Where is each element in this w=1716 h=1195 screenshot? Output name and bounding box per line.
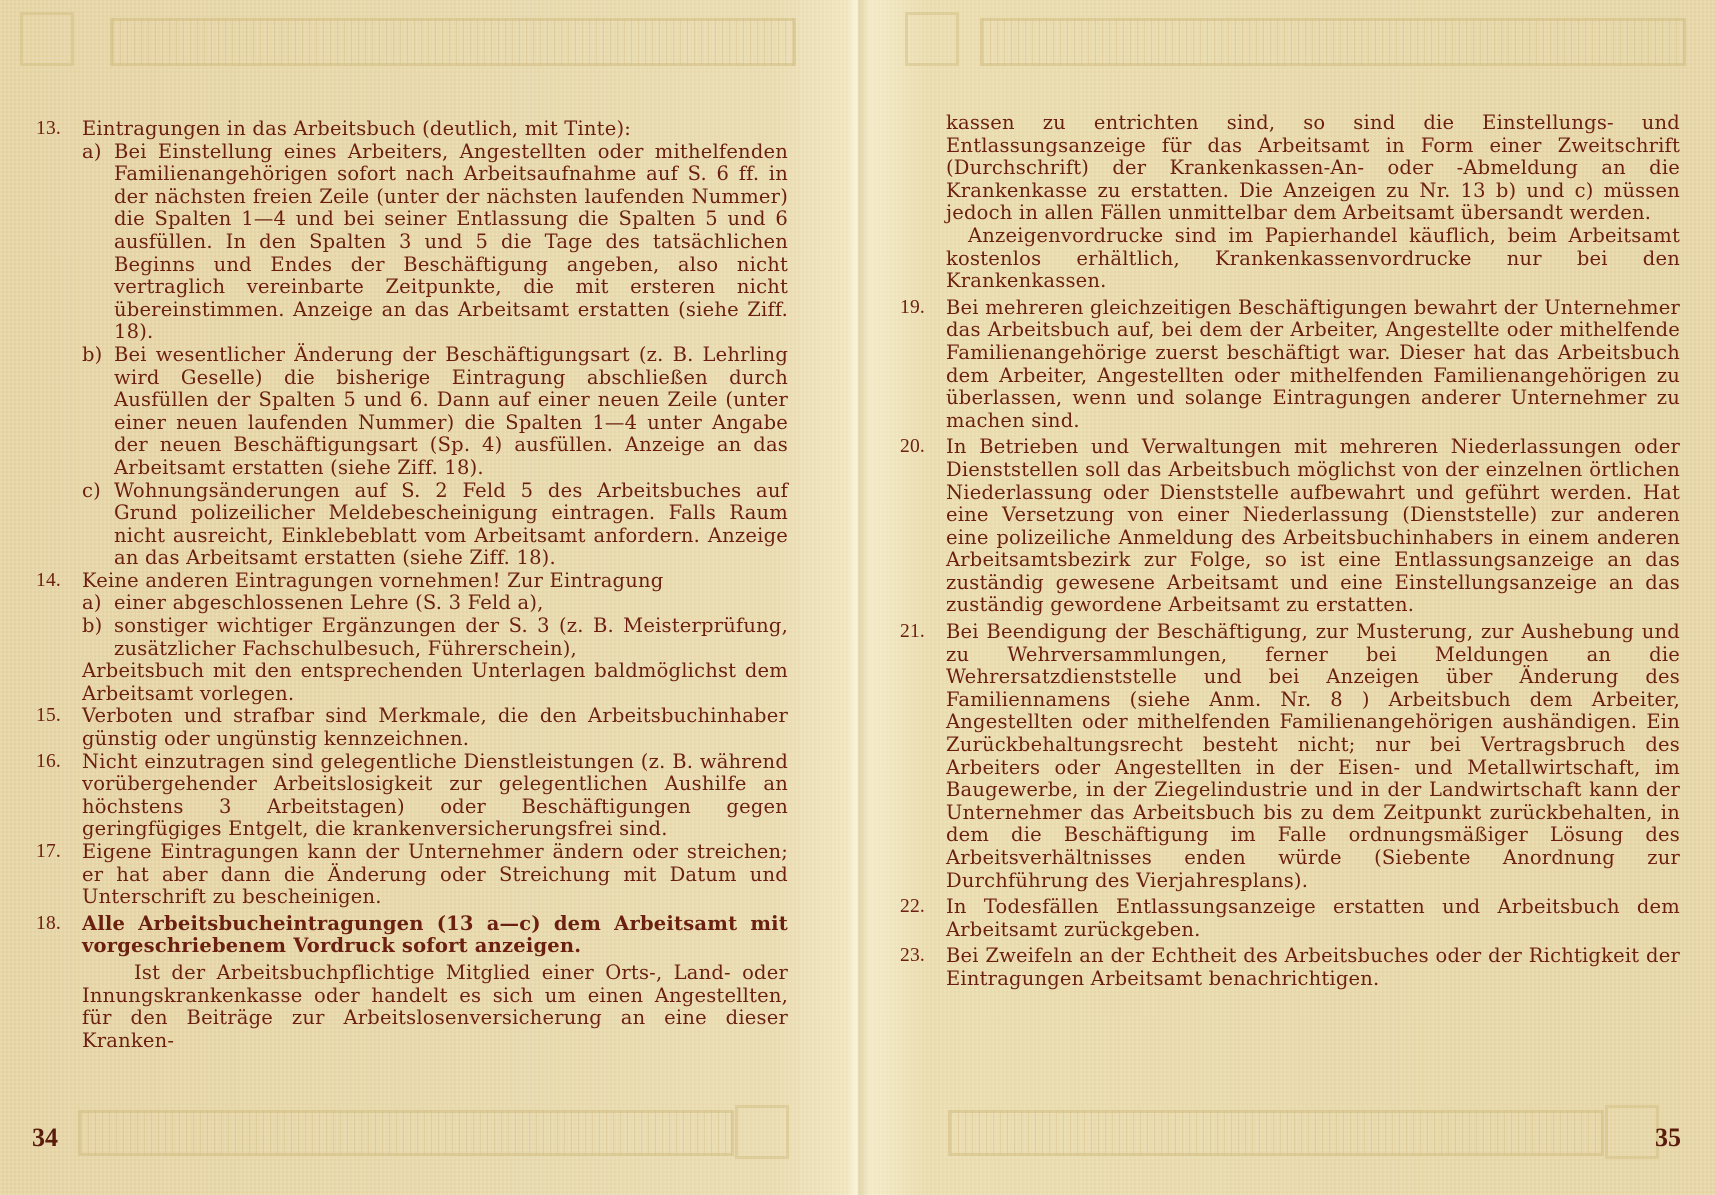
left-page-text: 13. Eintragungen in das Arbeitsbuch (deu… <box>36 118 788 1052</box>
item-text: Bei Zweifeln an der Echtheit des Arbeits… <box>946 945 1680 990</box>
item-17: 17. Eigene Eintragungen kann der Unterne… <box>36 841 788 909</box>
page-number-left: 34 <box>32 1123 58 1153</box>
item-number: 13. <box>36 118 82 570</box>
subitem-text: Wohnungsänderungen auf S. 2 Feld 5 des A… <box>114 480 788 570</box>
item-intro: Keine anderen Eintragungen vornehmen! Zu… <box>82 570 788 593</box>
page-number-right: 35 <box>1655 1123 1681 1153</box>
item-text: Bei Beendigung der Beschäftigung, zur Mu… <box>946 621 1680 892</box>
subitem-13b: b) Bei wesentlicher Änderung der Beschäf… <box>82 344 788 480</box>
item-22: 22. In Todesfällen Entlassungsanzeige er… <box>900 896 1680 941</box>
item-23: 23. Bei Zweifeln an der Echtheit des Arb… <box>900 945 1680 990</box>
item-number: 17. <box>36 841 82 909</box>
item-number: 23. <box>900 945 946 990</box>
item-20: 20. In Betrieben und Verwaltungen mit me… <box>900 436 1680 617</box>
item-text: Verboten und strafbar sind Merkmale, die… <box>82 705 788 750</box>
subitem-letter: b) <box>82 615 114 660</box>
item-text: Nicht einzutragen sind gelegentliche Die… <box>82 751 788 841</box>
item-16: 16. Nicht einzutragen sind gelegentliche… <box>36 751 788 841</box>
subitem-14b: b) sonstiger wichtiger Ergänzungen der S… <box>82 615 788 660</box>
item-number: 21. <box>900 621 946 892</box>
subitem-text: sonstiger wichtiger Ergänzungen der S. 3… <box>114 615 788 660</box>
item-14: 14. Keine anderen Eintragungen vornehmen… <box>36 570 788 706</box>
left-page: 13. Eintragungen in das Arbeitsbuch (deu… <box>0 0 856 1195</box>
item-number: 18. <box>36 913 82 958</box>
subitem-13c: c) Wohnungsänderungen auf S. 2 Feld 5 de… <box>82 480 788 570</box>
book-spread: 13. Eintragungen in das Arbeitsbuch (deu… <box>0 0 1716 1195</box>
item-text: Bei mehreren gleichzeitigen Beschäftigun… <box>946 297 1680 433</box>
item-number: 20. <box>900 436 946 617</box>
item-text: Eigene Eintragungen kann der Unternehmer… <box>82 841 788 909</box>
item-18-continuation: Ist der Arbeitsbuchpflichtige Mitglied e… <box>82 962 788 1052</box>
item-text: In Todesfällen Entlassungsanzeige erstat… <box>946 896 1680 941</box>
item-21: 21. Bei Beendigung der Beschäftigung, zu… <box>900 621 1680 892</box>
subitem-14a: a) einer abgeschlossenen Lehre (S. 3 Fel… <box>82 592 788 615</box>
item-19: 19. Bei mehreren gleichzeitigen Beschäft… <box>900 297 1680 433</box>
subitem-letter: b) <box>82 344 114 480</box>
item-13: 13. Eintragungen in das Arbeitsbuch (deu… <box>36 118 788 570</box>
right-page-text: kassen zu entrichten sind, so sind die E… <box>900 112 1680 991</box>
item-18-continuation-right: kassen zu entrichten sind, so sind die E… <box>946 112 1680 225</box>
item-number: 16. <box>36 751 82 841</box>
item-18-forms-note: Anzeigenvordrucke sind im Papierhandel k… <box>946 225 1680 293</box>
subitem-text: Bei wesentlicher Änderung der Beschäftig… <box>114 344 788 480</box>
item-number: 15. <box>36 705 82 750</box>
item-text: Alle Arbeitsbucheintragungen (13 a—c) de… <box>82 913 788 958</box>
item-intro: Eintragungen in das Arbeitsbuch (deutlic… <box>82 118 788 141</box>
item-number: 22. <box>900 896 946 941</box>
item-number: 14. <box>36 570 82 706</box>
item-number: 19. <box>900 297 946 433</box>
subitem-13a: a) Bei Einstellung eines Arbeiters, Ange… <box>82 141 788 344</box>
right-page: kassen zu entrichten sind, so sind die E… <box>856 0 1716 1195</box>
subitem-text: einer abgeschlossenen Lehre (S. 3 Feld a… <box>114 592 788 615</box>
item-outro: Arbeitsbuch mit den entsprechenden Unter… <box>82 660 788 705</box>
subitem-text: Bei Einstellung eines Arbeiters, Angeste… <box>114 141 788 344</box>
subitem-letter: a) <box>82 141 114 344</box>
item-15: 15. Verboten und strafbar sind Merkmale,… <box>36 705 788 750</box>
subitem-letter: a) <box>82 592 114 615</box>
subitem-letter: c) <box>82 480 114 570</box>
item-18: 18. Alle Arbeitsbucheintragungen (13 a—c… <box>36 913 788 958</box>
item-text: In Betrieben und Verwaltungen mit mehrer… <box>946 436 1680 617</box>
